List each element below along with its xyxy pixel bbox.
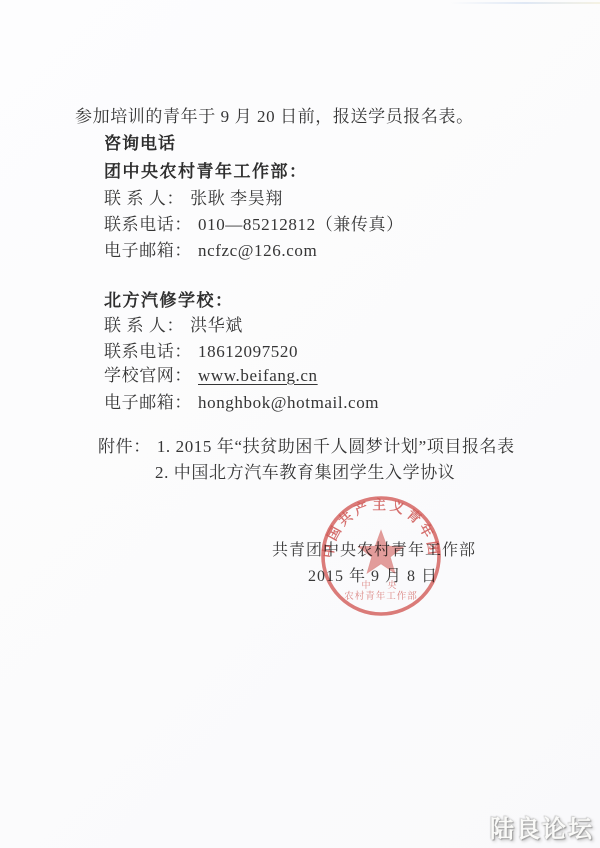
contact-heading: 咨询电话	[104, 129, 176, 154]
section-title-beifang-school: 北方汽修学校：	[104, 286, 234, 311]
contact-row: 学校官网：www.beifang.cn	[104, 361, 318, 386]
scanner-edge-artifact	[450, 2, 600, 4]
section-title-youth-league-dept: 团中央农村青年工作部：	[104, 157, 308, 182]
row-label: 联系电话：	[104, 342, 192, 361]
row-label: 电子邮箱：	[104, 241, 192, 260]
contact-row: 电子邮箱：ncfzc@126.com	[104, 236, 317, 261]
contact-email: honghbok@hotmail.com	[198, 393, 379, 412]
forum-watermark: 陆良论坛	[490, 809, 594, 844]
attachments-label: 附件：	[98, 437, 151, 456]
contact-row: 电子邮箱：honghbok@hotmail.com	[104, 388, 379, 413]
contact-row: 联 系 人：洪华斌	[104, 311, 243, 336]
row-label: 联 系 人：	[104, 316, 184, 335]
seal-star-icon	[359, 531, 403, 573]
attachment-item-1: 1. 2015 年“扶贫助困千人圆梦计划”项目报名表	[157, 432, 515, 457]
contact-row: 联系电话：18612097520	[104, 337, 298, 362]
official-red-seal: 中国共产主义青年团 中 央 农村青年工作部	[317, 492, 445, 620]
row-label: 联 系 人：	[104, 189, 184, 208]
contact-row: 联 系 人：张耿 李昊翔	[104, 184, 283, 209]
contact-phone: 010—85212812（兼传真）	[198, 215, 404, 234]
seal-text-line2: 农村青年工作部	[344, 590, 418, 602]
contact-email: ncfzc@126.com	[198, 241, 317, 260]
contact-phone: 18612097520	[198, 342, 298, 361]
contact-person: 张耿 李昊翔	[190, 189, 283, 208]
contact-row: 联系电话：010—85212812（兼传真）	[104, 210, 404, 235]
attachments-block: 附件：1. 2015 年“扶贫助困千人圆梦计划”项目报名表	[98, 432, 515, 457]
attachment-item-2: 2. 中国北方汽车教育集团学生入学协议	[155, 458, 455, 483]
intro-line: 参加培训的青年于 9 月 20 日前，报送学员报名表。	[75, 102, 474, 127]
contact-person: 洪华斌	[190, 316, 243, 335]
row-label: 联系电话：	[104, 215, 192, 234]
scanned-document-page: 参加培训的青年于 9 月 20 日前，报送学员报名表。 咨询电话 团中央农村青年…	[0, 0, 600, 848]
row-label: 电子邮箱：	[104, 393, 192, 412]
seal-text-line1: 中 央	[361, 579, 400, 590]
school-website-url: www.beifang.cn	[198, 366, 318, 385]
seal-graphic: 中国共产主义青年团 中 央 农村青年工作部	[317, 492, 445, 620]
row-label: 学校官网：	[104, 366, 192, 385]
